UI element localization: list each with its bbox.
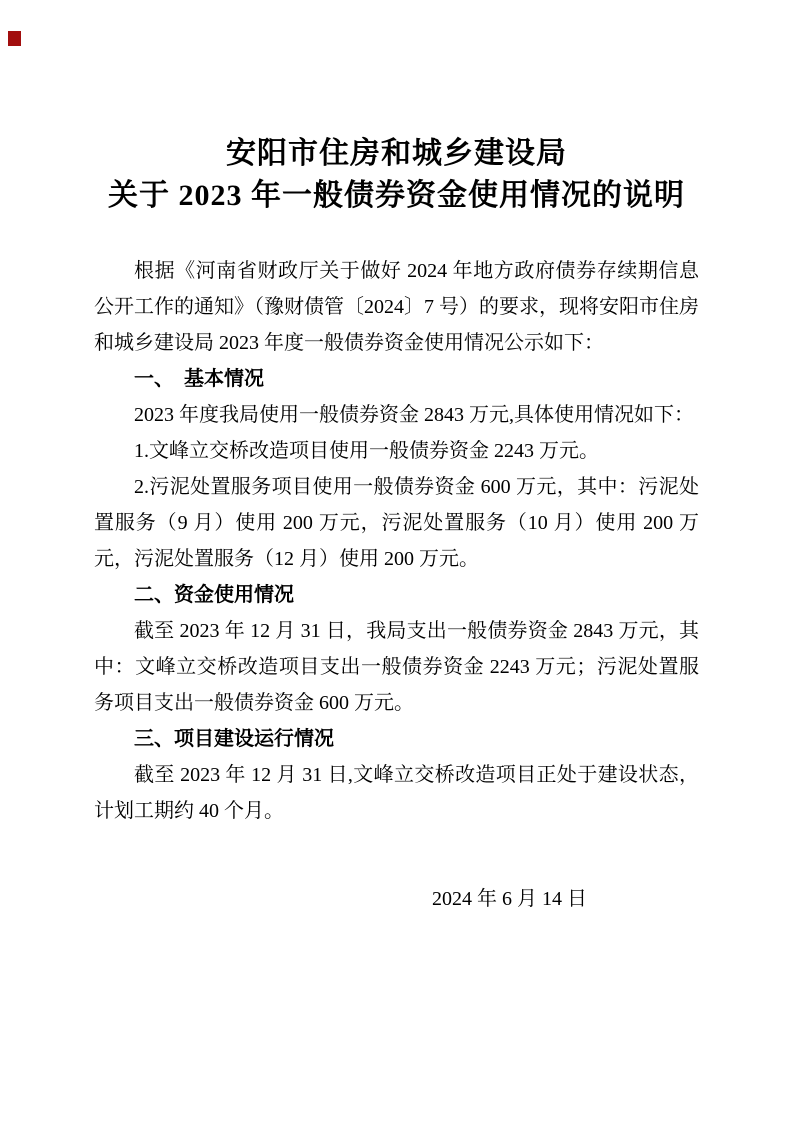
- document-title-line1: 安阳市住房和城乡建设局: [0, 133, 793, 175]
- paragraph-expenditure: 截至 2023 年 12 月 31 日，我局支出一般债券资金 2843 万元，其…: [94, 613, 699, 721]
- paragraph-construction: 截至 2023 年 12 月 31 日,文峰立交桥改造项目正处于建设状态，计划工…: [94, 757, 699, 829]
- paragraph-intro: 根据《河南省财政厅关于做好 2024 年地方政府债券存续期信息公开工作的通知》（…: [94, 253, 699, 361]
- heading-construction-status: 三、项目建设运行情况: [94, 721, 699, 757]
- paragraph-total-usage: 2023 年度我局使用一般债券资金 2843 万元,具体使用情况如下：: [94, 397, 699, 433]
- paragraph-project-1: 1.文峰立交桥改造项目使用一般债券资金 2243 万元。: [94, 433, 699, 469]
- date-text: 2024 年 6 月 14 日: [432, 881, 587, 917]
- document-date: 2024 年 6 月 14 日: [0, 881, 793, 917]
- document-page: 安阳市住房和城乡建设局 关于 2023 年一般债券资金使用情况的说明 根据《河南…: [0, 0, 793, 1122]
- heading-basic-situation: 一、 基本情况: [94, 361, 699, 397]
- document-body: 根据《河南省财政厅关于做好 2024 年地方政府债券存续期信息公开工作的通知》（…: [0, 253, 793, 829]
- paragraph-project-2: 2.污泥处置服务项目使用一般债券资金 600 万元，其中：污泥处置服务（9 月）…: [94, 469, 699, 577]
- heading-fund-usage: 二、资金使用情况: [94, 577, 699, 613]
- document-title: 安阳市住房和城乡建设局 关于 2023 年一般债券资金使用情况的说明: [0, 133, 793, 217]
- red-corner-mark: [8, 31, 21, 46]
- document-title-line2: 关于 2023 年一般债券资金使用情况的说明: [0, 175, 793, 217]
